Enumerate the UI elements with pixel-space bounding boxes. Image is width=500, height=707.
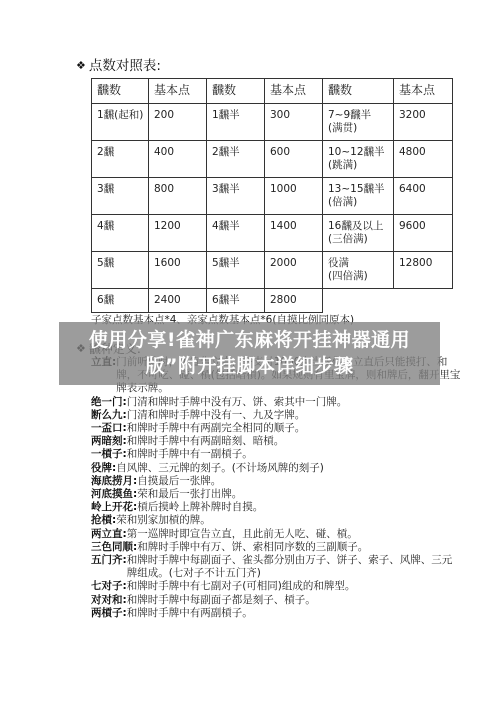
- table-cell: [394, 289, 453, 313]
- definition-term: 河底摸鱼:: [91, 488, 137, 501]
- definition-term: 两立直:: [91, 528, 127, 541]
- points-table-title-text: 点数对照表:: [89, 58, 161, 74]
- table-cell: 5飜: [92, 252, 149, 289]
- definition-item: 岭上开花:槓后摸岭上牌补牌时自摸。: [91, 501, 461, 514]
- table-cell: 400: [149, 141, 207, 178]
- definition-term: 三色同顺:: [91, 541, 137, 554]
- table-cell: 12800: [394, 252, 453, 289]
- definition-term: 海底捞月:: [91, 475, 137, 488]
- definition-desc: 槓后摸岭上牌补牌时自摸。: [137, 501, 461, 514]
- definition-desc: 荣和别家加槓的牌。: [116, 514, 461, 527]
- table-cell: 6400: [394, 178, 453, 215]
- table-cell: 3飜半: [207, 178, 265, 215]
- definition-item: 三色同顺:和牌时手牌中有万、饼、索相同序数的三副顺子。: [91, 541, 461, 554]
- table-cell: 6飜半: [207, 289, 265, 313]
- definition-desc: 和牌时手牌中有七副对子(可相同)组成的和牌型。: [127, 580, 461, 593]
- definition-desc: 门清和牌时手牌中没有万、饼、索其中一门牌。: [127, 396, 461, 409]
- definition-term: 抢槓:: [91, 514, 116, 527]
- table-cell: 600: [265, 141, 323, 178]
- overlay-banner: 使用分享!雀神广东麻将开挂神器通用 版”附开挂脚本详细步骤: [59, 322, 440, 385]
- yaku-definitions-list: 立直:门前听牌时，可宣告立直，并支付1000点当场供。立直后只能摸打、和牌，不可…: [91, 356, 461, 620]
- definition-desc: 和牌时手牌中每副面子都是刻子、槓子。: [127, 594, 461, 607]
- definition-item: 七对子:和牌时手牌中有七副对子(可相同)组成的和牌型。: [91, 580, 461, 593]
- definition-term: 七对子:: [91, 580, 127, 593]
- banner-line-2: 版”附开挂脚本详细步骤: [59, 353, 440, 379]
- table-cell: 1600: [149, 252, 207, 289]
- table-header-row: 飜数 基本点 飜数 基本点 飜数 基本点: [92, 79, 453, 104]
- definition-desc: 和牌时手牌中有两副槓子。: [127, 607, 461, 620]
- definition-item: 一盃口:和牌时手牌中有两副完全相同的顺子。: [91, 422, 461, 435]
- points-table-title: ❖ 点数对照表:: [76, 58, 161, 74]
- table-cell: 1400: [265, 215, 323, 252]
- table-row: 5飜16005飜半2000役满(四倍满)12800: [92, 252, 453, 289]
- points-table: 飜数 基本点 飜数 基本点 飜数 基本点 1飜(起和)2001飜半3007~9飜…: [91, 78, 453, 313]
- table-cell: 4飜: [92, 215, 149, 252]
- table-cell: 1飜半: [207, 104, 265, 141]
- definition-item: 海底捞月:自摸最后一张牌。: [91, 475, 461, 488]
- table-cell: [323, 289, 394, 313]
- definition-desc: 自风牌、三元牌的刻子。(不计场风牌的刻子): [116, 462, 461, 475]
- table-cell: 3200: [394, 104, 453, 141]
- table-header-cell: 基本点: [394, 79, 453, 104]
- table-header-cell: 飜数: [323, 79, 394, 104]
- table-header-cell: 基本点: [149, 79, 207, 104]
- definition-item: 抢槓:荣和别家加槓的牌。: [91, 514, 461, 527]
- definition-term: 对对和:: [91, 594, 127, 607]
- table-row: 2飜4002飜半60010~12飜半(跳满)4800: [92, 141, 453, 178]
- table-cell: 7~9飜半(满贯): [323, 104, 394, 141]
- definition-term: 一盃口:: [91, 422, 127, 435]
- table-cell: 5飜半: [207, 252, 265, 289]
- table-cell: 2飜: [92, 141, 149, 178]
- definition-term: 两槓子:: [91, 607, 127, 620]
- table-row: 6飜24006飜半2800: [92, 289, 453, 313]
- definition-term: 两暗刻:: [91, 435, 127, 448]
- table-cell: 9600: [394, 215, 453, 252]
- definition-term: 断么九:: [91, 409, 127, 422]
- definition-desc: 门清和牌时手牌中没有一、九及字牌。: [127, 409, 461, 422]
- definition-item: 五门齐:和牌时手牌中每副面子、雀头都分别由万子、饼子、索子、风牌、三元牌组成。(…: [91, 554, 461, 580]
- definition-term: 一槓子:: [91, 448, 127, 461]
- table-cell: 役满(四倍满): [323, 252, 394, 289]
- definition-item: 绝一门:门清和牌时手牌中没有万、饼、索其中一门牌。: [91, 396, 461, 409]
- definition-item: 役牌:自风牌、三元牌的刻子。(不计场风牌的刻子): [91, 462, 461, 475]
- table-header-cell: 基本点: [265, 79, 323, 104]
- table-cell: 16飜及以上(三倍满): [323, 215, 394, 252]
- banner-line-1: 使用分享!雀神广东麻将开挂神器通用: [59, 327, 440, 353]
- table-cell: 800: [149, 178, 207, 215]
- table-cell: 3飜: [92, 178, 149, 215]
- definition-term: 绝一门:: [91, 396, 127, 409]
- table-cell: 1200: [149, 215, 207, 252]
- definition-item: 河底摸鱼:荣和最后一张打出牌。: [91, 488, 461, 501]
- definition-term: 岭上开花:: [91, 501, 137, 514]
- table-cell: 13~15飜半(倍满): [323, 178, 394, 215]
- table-row: 3飜8003飜半100013~15飜半(倍满)6400: [92, 178, 453, 215]
- table-cell: 2飜半: [207, 141, 265, 178]
- definition-desc: 和牌时手牌中每副面子、雀头都分别由万子、饼子、索子、风牌、三元牌组成。(七对子不…: [127, 554, 461, 580]
- table-header-cell: 飜数: [207, 79, 265, 104]
- table-header-cell: 飜数: [92, 79, 149, 104]
- table-row: 4飜12004飜半140016飜及以上(三倍满)9600: [92, 215, 453, 252]
- diamond-bullet-icon: ❖: [76, 58, 86, 74]
- table-cell: 2800: [265, 289, 323, 313]
- definition-desc: 自摸最后一张牌。: [137, 475, 461, 488]
- definition-item: 两立直:第一巡牌时即宣告立直，且此前无人吃、碰、槓。: [91, 528, 461, 541]
- definition-item: 对对和:和牌时手牌中每副面子都是刻子、槓子。: [91, 594, 461, 607]
- table-cell: 2400: [149, 289, 207, 313]
- definition-desc: 和牌时手牌中有万、饼、索相同序数的三副顺子。: [137, 541, 461, 554]
- definition-term: 役牌:: [91, 462, 116, 475]
- table-cell: 2000: [265, 252, 323, 289]
- document-page: ❖ 点数对照表: 飜数 基本点 飜数 基本点 飜数 基本点 1飜(起和)2001…: [0, 0, 500, 707]
- table-cell: 1000: [265, 178, 323, 215]
- definition-desc: 和牌时手牌中有两副完全相同的顺子。: [127, 422, 461, 435]
- table-cell: 10~12飜半(跳满): [323, 141, 394, 178]
- definition-item: 两槓子:和牌时手牌中有两副槓子。: [91, 607, 461, 620]
- definition-desc: 和牌时手牌中有一副槓子。: [127, 448, 461, 461]
- table-cell: 4飜半: [207, 215, 265, 252]
- definition-desc: 和牌时手牌中有两副暗刻、暗槓。: [127, 435, 461, 448]
- table-cell: 6飜: [92, 289, 149, 313]
- definition-item: 两暗刻:和牌时手牌中有两副暗刻、暗槓。: [91, 435, 461, 448]
- definition-item: 一槓子:和牌时手牌中有一副槓子。: [91, 448, 461, 461]
- table-cell: 300: [265, 104, 323, 141]
- definition-term: 五门齐:: [91, 554, 127, 580]
- table-cell: 4800: [394, 141, 453, 178]
- table-body: 1飜(起和)2001飜半3007~9飜半(满贯)32002飜4002飜半6001…: [92, 104, 453, 313]
- definition-desc: 荣和最后一张打出牌。: [137, 488, 461, 501]
- table-cell: 1飜(起和): [92, 104, 149, 141]
- definition-item: 断么九:门清和牌时手牌中没有一、九及字牌。: [91, 409, 461, 422]
- table-row: 1飜(起和)2001飜半3007~9飜半(满贯)3200: [92, 104, 453, 141]
- table-cell: 200: [149, 104, 207, 141]
- definition-desc: 第一巡牌时即宣告立直，且此前无人吃、碰、槓。: [127, 528, 461, 541]
